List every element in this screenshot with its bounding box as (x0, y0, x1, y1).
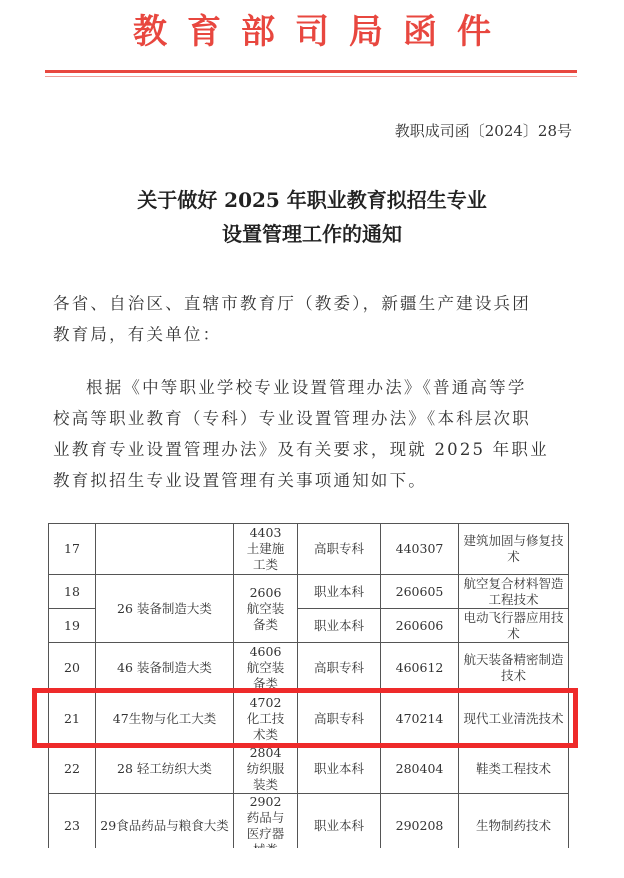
table-row: 18 26 装备制造大类 2606航空装备类 职业本科 260605 航空复合材… (49, 575, 569, 609)
paragraph-line2: 校高等职业教育（专科）专业设置管理办法》《本科层次职 (53, 403, 583, 434)
paragraph-line1: 根据《中等职业学校专业设置管理办法》《普通高等学 (53, 372, 583, 403)
cell-level: 高职专科 (298, 524, 381, 575)
body-paragraph: 根据《中等职业学校专业设置管理办法》《普通高等学 校高等职业教育（专科）专业设置… (53, 372, 583, 496)
cell-code: 440307 (381, 524, 459, 575)
cell-no: 17 (49, 524, 96, 575)
cell-subcategory: 4702化工技术类 (234, 693, 298, 745)
page-bottom-crop (0, 848, 624, 878)
salutation-line1: 各省、自治区、直辖市教育厅（教委），新疆生产建设兵团 (53, 288, 583, 319)
cell-code: 280404 (381, 745, 459, 794)
masthead-rule-thick (45, 70, 577, 73)
table-row: 20 46 装备制造大类 4606航空装备类 高职专科 460612 航天装备精… (49, 643, 569, 693)
cell-level: 高职专科 (298, 643, 381, 693)
table-row: 17 4403土建施工类 高职专科 440307 建筑加固与修复技术 (49, 524, 569, 575)
cell-no: 20 (49, 643, 96, 693)
cell-category: 46 装备制造大类 (96, 643, 234, 693)
cell-category: 28 轻工纺织大类 (96, 745, 234, 794)
cell-no: 21 (49, 693, 96, 745)
paragraph-line3: 业教育专业设置管理办法》及有关要求，现就 2025 年职业 (53, 434, 583, 465)
table-row: 22 28 轻工纺织大类 2804纺织服装类 职业本科 280404 鞋类工程技… (49, 745, 569, 794)
salutation: 各省、自治区、直辖市教育厅（教委），新疆生产建设兵团 教育局，有关单位： (53, 288, 583, 350)
cell-subcategory: 2804纺织服装类 (234, 745, 298, 794)
cell-subcategory: 4403土建施工类 (234, 524, 298, 575)
cell-category (96, 524, 234, 575)
cell-code: 260605 (381, 575, 459, 609)
cell-level: 职业本科 (298, 609, 381, 643)
masthead-title: 教育部司局函件 (0, 4, 624, 53)
cell-no: 18 (49, 575, 96, 609)
cell-major: 现代工业清洗技术 (459, 693, 569, 745)
salutation-line2: 教育局，有关单位： (53, 319, 583, 350)
cell-code: 260606 (381, 609, 459, 643)
majors-table: 17 4403土建施工类 高职专科 440307 建筑加固与修复技术 18 26… (48, 523, 569, 859)
cell-level: 高职专科 (298, 693, 381, 745)
cell-no: 22 (49, 745, 96, 794)
cell-major: 航空复合材料智造工程技术 (459, 575, 569, 609)
cell-level: 职业本科 (298, 575, 381, 609)
cell-level: 职业本科 (298, 745, 381, 794)
cell-code: 470214 (381, 693, 459, 745)
cell-category: 47生物与化工大类 (96, 693, 234, 745)
cell-major: 电动飞行器应用技术 (459, 609, 569, 643)
notice-title-line1: 关于做好 2025 年职业教育拟招生专业 (0, 184, 624, 213)
cell-major: 鞋类工程技术 (459, 745, 569, 794)
paragraph-line4: 教育拟招生专业设置管理有关事项通知如下。 (53, 465, 583, 496)
cell-subcategory: 4606航空装备类 (234, 643, 298, 693)
document-number: 教职成司函〔2024〕28号 (395, 120, 572, 141)
cell-code: 460612 (381, 643, 459, 693)
table-row-highlighted: 21 47生物与化工大类 4702化工技术类 高职专科 470214 现代工业清… (49, 693, 569, 745)
cell-no: 19 (49, 609, 96, 643)
cell-subcategory: 2606航空装备类 (234, 575, 298, 643)
masthead-rule-thin (45, 76, 577, 77)
cell-major: 航天装备精密制造技术 (459, 643, 569, 693)
cell-category: 26 装备制造大类 (96, 575, 234, 643)
notice-title-line2: 设置管理工作的通知 (0, 218, 624, 247)
cell-major: 建筑加固与修复技术 (459, 524, 569, 575)
